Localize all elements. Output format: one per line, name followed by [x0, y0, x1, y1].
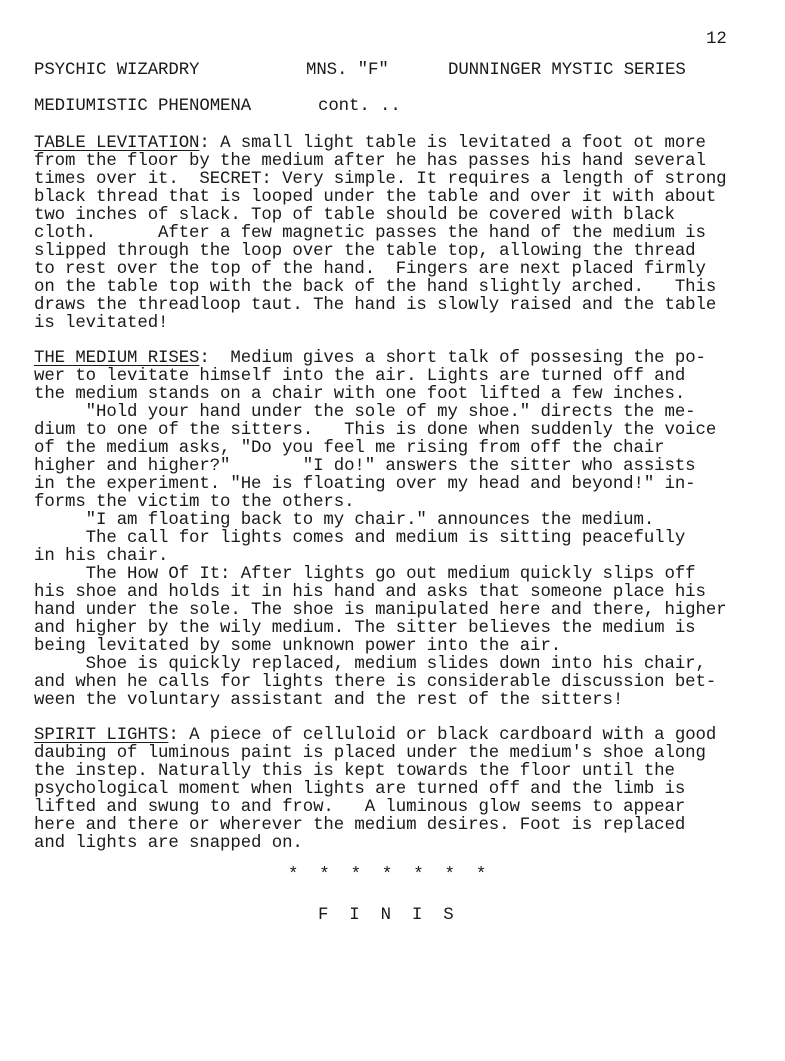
text-line: slipped through the loop over the table … — [34, 243, 696, 261]
text-line: TABLE LEVITATION: A small light table is… — [34, 135, 706, 153]
line-text: wer to levitate himself into the air. Li… — [34, 367, 685, 386]
text-line: forms the victim to the others. — [34, 494, 354, 512]
finis-ending: F I N I S — [318, 906, 454, 925]
text-line: two inches of slack. Top of table should… — [34, 207, 675, 225]
line-text: and when he calls for lights there is co… — [34, 673, 716, 692]
line-text: slipped through the loop over the table … — [34, 242, 696, 261]
text-line: The How Of It: After lights go out mediu… — [34, 566, 696, 584]
header-title-left: PSYCHIC WIZARDRY — [34, 61, 199, 80]
line-text: times over it. SECRET: Very simple. It r… — [34, 170, 727, 189]
section-heading: SPIRIT LIGHTS — [34, 726, 168, 745]
text-line: here and there or wherever the medium de… — [34, 817, 685, 835]
text-line: "I am floating back to my chair." announ… — [34, 512, 654, 530]
line-text: forms the victim to the others. — [34, 493, 354, 512]
text-line: the medium stands on a chair with one fo… — [34, 386, 685, 404]
text-line: wer to levitate himself into the air. Li… — [34, 368, 685, 386]
text-line: and higher by the wily medium. The sitte… — [34, 620, 696, 638]
text-line: psychological moment when lights are tur… — [34, 781, 685, 799]
heading-separator: : — [199, 134, 220, 153]
section-heading: TABLE LEVITATION — [34, 134, 199, 153]
line-text: lifted and swung to and frow. A luminous… — [34, 798, 685, 817]
line-text: Shoe is quickly replaced, medium slides … — [34, 655, 706, 674]
line-text: two inches of slack. Top of table should… — [34, 206, 675, 225]
text-line: the instep. Naturally this is kept towar… — [34, 763, 675, 781]
text-line: from the floor by the medium after he ha… — [34, 153, 706, 171]
line-text: in the experiment. "He is floating over … — [34, 475, 696, 494]
line-text: on the table top with the back of the ha… — [34, 278, 716, 297]
section-heading: THE MEDIUM RISES — [34, 349, 199, 368]
line-text: "I am floating back to my chair." announ… — [34, 511, 654, 530]
text-line: being levitated by some unknown power in… — [34, 638, 561, 656]
text-line: of the medium asks, "Do you feel me risi… — [34, 440, 665, 458]
line-text: of the medium asks, "Do you feel me risi… — [34, 439, 665, 458]
page-number: 12 — [706, 30, 727, 49]
line-text: black thread that is looped under the ta… — [34, 188, 716, 207]
line-text: in his chair. — [34, 547, 168, 566]
line-text: the instep. Naturally this is kept towar… — [34, 762, 675, 781]
text-line: SPIRIT LIGHTS: A piece of celluloid or b… — [34, 727, 716, 745]
text-line: draws the threadloop taut. The hand is s… — [34, 297, 716, 315]
text-line: ween the voluntary assistant and the res… — [34, 692, 623, 710]
text-line: "Hold your hand under the sole of my sho… — [34, 404, 696, 422]
line-text: Medium gives a short talk of possesing t… — [230, 349, 705, 368]
line-text: the medium stands on a chair with one fo… — [34, 385, 685, 404]
subheader-cont: cont. .. — [318, 97, 401, 116]
text-line: black thread that is looped under the ta… — [34, 189, 716, 207]
heading-separator: : — [168, 726, 189, 745]
line-text: hand under the sole. The shoe is manipul… — [34, 601, 727, 620]
text-line: on the table top with the back of the ha… — [34, 279, 716, 297]
line-text: daubing of luminous paint is placed unde… — [34, 744, 706, 763]
text-line: times over it. SECRET: Very simple. It r… — [34, 171, 727, 189]
line-text: higher and higher?" "I do!" answers the … — [34, 457, 696, 476]
line-text: The call for lights comes and medium is … — [34, 529, 685, 548]
line-text: and higher by the wily medium. The sitte… — [34, 619, 696, 638]
document-page: 12 PSYCHIC WIZARDRY MNS. "F" DUNNINGER M… — [0, 0, 785, 1061]
line-text: "Hold your hand under the sole of my sho… — [34, 403, 696, 422]
text-line: THE MEDIUM RISES: Medium gives a short t… — [34, 350, 706, 368]
line-text: ween the voluntary assistant and the res… — [34, 691, 623, 710]
line-text: A piece of celluloid or black cardboard … — [189, 726, 716, 745]
line-text: here and there or wherever the medium de… — [34, 816, 685, 835]
text-line: higher and higher?" "I do!" answers the … — [34, 458, 696, 476]
text-line: hand under the sole. The shoe is manipul… — [34, 602, 727, 620]
text-line: his shoe and holds it in his hand and as… — [34, 584, 706, 602]
text-line: The call for lights comes and medium is … — [34, 530, 685, 548]
text-line: is levitated! — [34, 315, 168, 333]
text-line: and when he calls for lights there is co… — [34, 674, 716, 692]
line-text: his shoe and holds it in his hand and as… — [34, 583, 706, 602]
line-text: A small light table is levitated a foot … — [220, 134, 706, 153]
text-line: to rest over the top of the hand. Finger… — [34, 261, 706, 279]
line-text: is levitated! — [34, 314, 168, 333]
text-line: lifted and swung to and frow. A luminous… — [34, 799, 685, 817]
line-text: The How Of It: After lights go out mediu… — [34, 565, 696, 584]
text-line: in the experiment. "He is floating over … — [34, 476, 696, 494]
text-line: and lights are snapped on. — [34, 835, 303, 853]
line-text: being levitated by some unknown power in… — [34, 637, 561, 656]
text-line: daubing of luminous paint is placed unde… — [34, 745, 706, 763]
line-text: to rest over the top of the hand. Finger… — [34, 260, 706, 279]
line-text: cloth. After a few magnetic passes the h… — [34, 224, 706, 243]
text-line: dium to one of the sitters. This is done… — [34, 422, 716, 440]
header-code: MNS. "F" — [306, 61, 389, 80]
header-series: DUNNINGER MYSTIC SERIES — [448, 61, 686, 80]
line-text: dium to one of the sitters. This is done… — [34, 421, 716, 440]
separator-stars: * * * * * * * — [288, 866, 486, 885]
line-text: and lights are snapped on. — [34, 834, 303, 853]
line-text: draws the threadloop taut. The hand is s… — [34, 296, 716, 315]
line-text: from the floor by the medium after he ha… — [34, 152, 706, 171]
line-text: psychological moment when lights are tur… — [34, 780, 685, 799]
heading-separator: : — [199, 349, 230, 368]
text-line: in his chair. — [34, 548, 168, 566]
subheader-title: MEDIUMISTIC PHENOMENA — [34, 97, 251, 116]
text-line: Shoe is quickly replaced, medium slides … — [34, 656, 706, 674]
text-line: cloth. After a few magnetic passes the h… — [34, 225, 706, 243]
